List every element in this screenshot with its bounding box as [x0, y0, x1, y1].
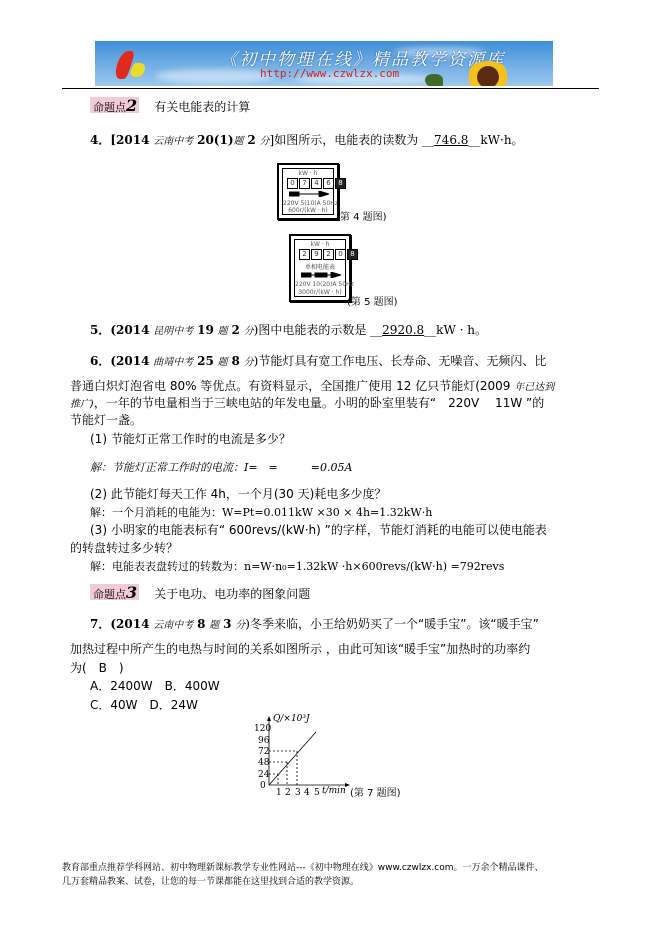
section-title: 有关电能表的计算 — [154, 100, 250, 114]
figure-caption-4: (第 4 题图) — [336, 208, 387, 223]
svg-text:0: 0 — [260, 781, 266, 791]
q6-sub2-question: (2) 此节能灯每天工作 4h，一个月(30 天)耗电多少度？ — [90, 486, 386, 502]
svg-text:24: 24 — [258, 770, 270, 780]
q7-line-2: 加热过程中所产生的电热与时间的关系如图所示 ，由此可知该“暖手宝”加热时的功率约 — [70, 641, 530, 657]
q6-sub2-answer: 解：一个月消耗的电能为：W=Pt=0.011kW ×30 × 4h=1.32kW… — [90, 505, 432, 521]
q6-line-2: 普通白炽灯泡省电 80% 等优点。有资料显示，全国推广使用 12 亿只节能灯(2… — [70, 378, 554, 396]
svg-text:96: 96 — [258, 736, 270, 746]
figure-caption-5: (第 5 题图) — [347, 293, 398, 308]
x-axis-label: t/min — [322, 786, 346, 796]
svg-text:2: 2 — [285, 788, 291, 797]
q-t-graph: 0 24 48 72 96 120 1 2 3 4 5 Q/×10³J — [250, 712, 350, 797]
q6-sub1-answer: 解：节能灯正常工作时的电流：I= = =0.05A — [90, 460, 352, 476]
answer-blank: 746.8 — [434, 133, 468, 147]
q6-sub1-question: (1) 节能灯正常工作时的电流是多少？ — [90, 431, 291, 447]
topic-badge: 命题点2 — [90, 97, 139, 113]
svg-text:4: 4 — [304, 788, 310, 797]
q7-line-3: 为( B ) — [70, 660, 124, 676]
q6-sub3-answer: 解：电能表表盘转过的转数为：n=W·n₀=1.32kW ·h×600revs/(… — [90, 559, 504, 575]
svg-text:5: 5 — [314, 788, 320, 797]
svg-text:120: 120 — [254, 724, 271, 734]
section-heading-3: 命题点3 关于电功、电功率的图象问题 — [90, 583, 310, 602]
arrow-icon — [301, 272, 341, 278]
meter-digits: 0 7 4 6 8 — [287, 178, 346, 189]
electric-meter-figure-5: kW · h 2 9 2 0 8 单相电能表 220V 10(20)A 50Hz… — [289, 234, 351, 302]
electric-meter-figure-4: kW · h 0 7 4 6 8 220V 5(10)A 50Hz 600r/(… — [277, 163, 339, 220]
meter-digits: 2 9 2 0 8 — [299, 249, 358, 260]
q6-line-3: 推广)，一年的节电量相当于三峡电站的年发电量。小明的卧室里装有“ 220V 11… — [70, 395, 544, 413]
answer-blank: 2920.8 — [382, 323, 424, 337]
svg-text:3: 3 — [295, 788, 301, 797]
leaf-icon — [425, 74, 443, 86]
question-6: 6．(2014 曲靖中考 25 题 8 分)节能灯具有宽工作电压、长寿命、无噪音… — [90, 353, 546, 371]
question-4: 4．[2014 云南中考 20(1)题 2 分]如图所示，电能表的读数为 __7… — [90, 132, 524, 150]
section-title: 关于电功、电功率的图象问题 — [154, 587, 310, 601]
question-5: 5．(2014 昆明中考 19 题 2 分)图中电能表的示数是 __2920.8… — [90, 322, 487, 340]
svg-text:48: 48 — [258, 758, 270, 768]
section-heading-2: 命题点2 有关电能表的计算 — [90, 96, 250, 115]
header-divider — [62, 88, 599, 89]
q6-sub3-question-2: 的转盘转过多少转？ — [70, 540, 178, 556]
svg-text:Q/×10³J: Q/×10³J — [273, 714, 311, 724]
footer-line-1: 教育部重点推荐学科网站、初中物理新课标教学专业性网站---《初中物理在线》www… — [62, 862, 544, 875]
y-axis-arrow-icon — [267, 716, 271, 721]
figure-caption-7: (第 7 题图) — [350, 784, 401, 799]
q7-options-row-1: A．2400W B．400W — [90, 678, 220, 694]
banner-url[interactable]: http://www.czwlzx.com — [260, 67, 399, 80]
q6-line-4: 节能灯一盏。 — [70, 412, 142, 428]
q7-options-row-2: C．40W D．24W — [90, 697, 198, 713]
q-line — [269, 732, 316, 785]
header-banner: 《初中物理在线》精品教学资源库 http://www.czwlzx.com — [95, 41, 553, 86]
arrow-icon — [289, 191, 329, 197]
topic-badge: 命题点3 — [90, 584, 139, 600]
svg-text:1: 1 — [276, 788, 282, 797]
question-7: 7．(2014 云南中考 8 题 3 分)冬季来临，小王给奶奶买了一个“暖手宝”… — [90, 616, 539, 634]
q6-sub3-question-1: (3) 小明家的电能表标有“ 600revs/(kW·h) ”的字样，节能灯消耗… — [90, 522, 547, 538]
footer-line-2: 几万套精品教案、试卷，让您的每一节课都能在这里找到合适的教学资源。 — [62, 876, 359, 889]
sunflower-icon — [465, 61, 511, 86]
svg-text:72: 72 — [258, 747, 269, 757]
